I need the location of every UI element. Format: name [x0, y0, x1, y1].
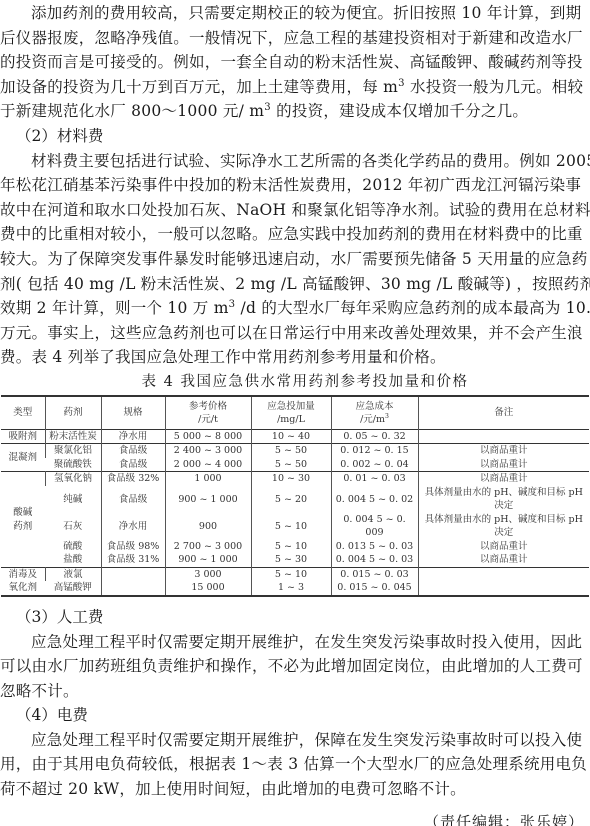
- table-row: 盐酸 食品级 31% 900 ~ 1 000 5 ~ 30 0. 004 5 ~…: [1, 553, 589, 567]
- table-header-row: 类型 药剂 规格 参考价格/元/t 应急投加量/mg/L 应急成本/元/m3 备…: [1, 396, 589, 430]
- cell-price: 3 000: [165, 567, 251, 581]
- paragraph-intro: 添加药剂的费用较高，只需要定期校正的较为便宜。折旧按照 10 年计算，到期: [0, 1, 590, 26]
- table-row: 消毒及氧化剂 液氯 3 000 5 ~ 10 0. 015 ~ 0. 03: [1, 567, 589, 581]
- cell-agent: 硫酸: [45, 540, 101, 554]
- cell-type: 酸碱药剂: [1, 472, 45, 568]
- paragraph-intro-cont: 后仪器报废，忽略净残值。一般情况下，应急工程的基建投资相对于新建和改造水厂 的投…: [0, 26, 590, 124]
- paragraph-materials: 材料费主要包括进行试验、实际净水工艺所需的各类化学药品的费用。例如 2005: [0, 149, 590, 174]
- cell-dose: 5 ~ 50: [251, 458, 331, 472]
- cell-note: 以商品重计: [418, 458, 589, 472]
- cell-dose: 10 ~ 30: [251, 472, 331, 486]
- cell-cost: 0. 004 5 ~ 0. 03: [331, 553, 418, 567]
- cell-agent: 纯碱: [45, 486, 101, 513]
- table-row: 混凝剂 聚氯化铝 食品级 2 400 ~ 3 000 5 ~ 50 0. 012…: [1, 444, 589, 458]
- cell-cost: 0. 004 5 ~ 0. 009: [331, 513, 418, 540]
- cell-price: 2 400 ~ 3 000: [165, 444, 251, 458]
- cell-cost: 0. 013 5 ~ 0. 03: [331, 540, 418, 554]
- cell-cost: 0. 004 5 ~ 0. 02: [331, 486, 418, 513]
- cell-agent: 液氯: [45, 567, 101, 581]
- cell-price: 900 ~ 1 000: [165, 486, 251, 513]
- cell-spec: 食品级 31%: [101, 553, 165, 567]
- paragraph-electricity: 应急处理工程平时仅需要定期开展维护，保障在发生突发污染事故时可以投入使: [0, 728, 590, 753]
- cell-spec: 净水用: [101, 513, 165, 540]
- cell-price: 1 000: [165, 472, 251, 486]
- header-cost: 应急成本/元/m3: [331, 396, 418, 430]
- paragraph-materials-cont: 年松花江硝基苯污染事件中投加的粉末活性炭费用，2012 年初广西龙江河镉污染事 …: [0, 173, 590, 370]
- header-spec: 规格: [101, 396, 165, 430]
- paragraph-labor: 应急处理工程平时仅需要定期开展维护，在发生突发污染事故时投入使用，因此: [0, 630, 590, 655]
- text-line: 于新建规范化水厂 800～1000 元/ m3 的投资，建设成本仅增加千分之几。: [0, 99, 590, 124]
- text-line: 较大。为了保障突发事件暴发时能够迅速启动，水厂需要预先储备 5 天用量的应急药: [0, 247, 590, 272]
- cell-dose: 5 ~ 20: [251, 486, 331, 513]
- text-line: 后仪器报废，忽略净残值。一般情况下，应急工程的基建投资相对于新建和改造水厂: [0, 26, 590, 51]
- cell-spec: 食品级 32%: [101, 472, 165, 486]
- cell-spec: 食品级 98%: [101, 540, 165, 554]
- text-line: 效期 2 年计算，则一个 10 万 m3 /d 的大型水厂每年采购应急药剂的成本…: [0, 296, 590, 321]
- cell-type: 消毒及氧化剂: [1, 567, 45, 596]
- cell-dose: 10 ~ 40: [251, 429, 331, 444]
- table-row: 纯碱 食品级 900 ~ 1 000 5 ~ 20 0. 004 5 ~ 0. …: [1, 486, 589, 513]
- text-line: 故中在河道和取水口处投加石灰、NaOH 和聚氯化铝等净水剂。试验的费用在总材料: [0, 198, 590, 223]
- superscript: 3: [264, 102, 271, 113]
- header-agent: 药剂: [45, 396, 101, 430]
- cell-cost: 0. 015 ~ 0. 045: [331, 581, 418, 596]
- table-row: 石灰 净水用 900 5 ~ 10 0. 004 5 ~ 0. 009 具体剂量…: [1, 513, 589, 540]
- cell-cost: 0. 05 ~ 0. 32: [331, 429, 418, 444]
- table-row: 酸碱药剂 氢氧化钠 食品级 32% 1 000 10 ~ 30 0. 01 ~ …: [1, 472, 589, 486]
- header-type: 类型: [1, 396, 45, 430]
- document-page: 添加药剂的费用较高，只需要定期校正的较为便宜。折旧按照 10 年计算，到期 后仪…: [0, 0, 590, 826]
- cell-agent: 聚硫酸铁: [45, 458, 101, 472]
- cell-note: [418, 429, 589, 444]
- cell-agent: 高锰酸钾: [45, 581, 101, 596]
- cell-cost: 0. 012 ~ 0. 15: [331, 444, 418, 458]
- cell-type: 吸附剂: [1, 429, 45, 444]
- cell-spec: [101, 581, 165, 596]
- cell-note: 具体剂量由水的 pH、碱度和目标 pH 决定: [418, 486, 589, 513]
- text-line: 费中的比重相对较小，一般可以忽略。应急实践中投加药剂的费用在材料费中的比重: [0, 222, 590, 247]
- cell-note: 以商品重计: [418, 540, 589, 554]
- cell-price: 2 700 ~ 3 000: [165, 540, 251, 554]
- cell-agent: 聚氯化铝: [45, 444, 101, 458]
- text-line: 材料费主要包括进行试验、实际净水工艺所需的各类化学药品的费用。例如 2005: [0, 149, 590, 174]
- text-line: 的投资而言是可接受的。例如，一套全自动的粉末活性炭、高锰酸钾、酸碱药剂等投: [0, 50, 590, 75]
- cell-agent: 粉末活性炭: [45, 429, 101, 444]
- paragraph-labor-cont: 可以由水厂加药班组负责维护和操作，不必为此增加固定岗位，由此增加的人工费可 忽略…: [0, 654, 590, 703]
- header-price: 参考价格/元/t: [165, 396, 251, 430]
- cell-spec: [101, 567, 165, 581]
- header-dose: 应急投加量/mg/L: [251, 396, 331, 430]
- cell-dose: 5 ~ 30: [251, 553, 331, 567]
- text-line: 费。表 4 列举了我国应急处理工作中常用药剂参考用量和价格。: [0, 345, 590, 370]
- table-row: 吸附剂 粉末活性炭 净水用 5 000 ~ 8 000 10 ~ 40 0. 0…: [1, 429, 589, 444]
- text-line: 荷不超过 20 kW，加上使用时间短，由此增加的电费可忽略不计。: [0, 777, 590, 802]
- text-line: 可以由水厂加药班组负责维护和操作，不必为此增加固定岗位，由此增加的人工费可: [0, 654, 590, 679]
- cell-spec: 食品级: [101, 458, 165, 472]
- cell-dose: 5 ~ 50: [251, 444, 331, 458]
- cell-cost: 0. 015 ~ 0. 03: [331, 567, 418, 581]
- text-line: 年松花江硝基苯污染事件中投加的粉末活性炭费用，2012 年初广西龙江河镉污染事: [0, 173, 590, 198]
- table-caption: 表 4 我国应急供水常用药剂参考投加量和价格: [0, 372, 590, 392]
- cell-note: 以商品重计: [418, 553, 589, 567]
- cell-dose: 5 ~ 10: [251, 540, 331, 554]
- cell-note: [418, 581, 589, 596]
- text-line: 应急处理工程平时仅需要定期开展维护，保障在发生突发污染事故时可以投入使: [0, 728, 590, 753]
- cell-note: 以商品重计: [418, 472, 589, 486]
- cell-cost: 0. 002 ~ 0. 04: [331, 458, 418, 472]
- section-heading-labor: （3）人工费: [0, 605, 590, 630]
- cell-spec: 食品级: [101, 444, 165, 458]
- table-4: 类型 药剂 规格 参考价格/元/t 应急投加量/mg/L 应急成本/元/m3 备…: [1, 395, 589, 597]
- cell-price: 900: [165, 513, 251, 540]
- text-line: 添加药剂的费用较高，只需要定期校正的较为便宜。折旧按照 10 年计算，到期: [0, 1, 590, 26]
- cell-cost: 0. 01 ~ 0. 03: [331, 472, 418, 486]
- cell-dose: 1 ~ 3: [251, 581, 331, 596]
- text-line: 万元。事实上，这些应急药剂也可以在日常运行中用来改善处理效果，并不会产生浪: [0, 321, 590, 346]
- cell-price: 2 000 ~ 4 000: [165, 458, 251, 472]
- cell-dose: 5 ~ 10: [251, 567, 331, 581]
- table-row: 高锰酸钾 15 000 1 ~ 3 0. 015 ~ 0. 045: [1, 581, 589, 596]
- cell-agent: 氢氧化钠: [45, 472, 101, 486]
- table-row: 聚硫酸铁 食品级 2 000 ~ 4 000 5 ~ 50 0. 002 ~ 0…: [1, 458, 589, 472]
- cell-note: [418, 567, 589, 581]
- cell-spec: 净水用: [101, 429, 165, 444]
- table-row: 硫酸 食品级 98% 2 700 ~ 3 000 5 ~ 10 0. 013 5…: [1, 540, 589, 554]
- text-line: 加设备的投资为几十万到百万元，加上土建等费用，每 m3 水投资一般为几元。相较: [0, 75, 590, 100]
- section-heading-materials: （2）材料费: [0, 124, 590, 149]
- text-line: 剂( 包括 40 mg /L 粉末活性炭、2 mg /L 高锰酸钾、30 mg …: [0, 272, 590, 297]
- cell-price: 900 ~ 1 000: [165, 553, 251, 567]
- section-heading-electricity: （4）电费: [0, 703, 590, 728]
- cell-type: 混凝剂: [1, 444, 45, 472]
- text-line: 用，由于其用电负荷较低，根据表 1～表 3 估算一个大型水厂的应急处理系统用电负: [0, 752, 590, 777]
- editor-credit: （责任编辑：张乐婷）: [0, 810, 590, 826]
- cell-note: 具体剂量由水的 pH、碱度和目标 pH 决定: [418, 513, 589, 540]
- header-note: 备注: [418, 396, 589, 430]
- cell-spec: 食品级: [101, 486, 165, 513]
- cell-price: 5 000 ~ 8 000: [165, 429, 251, 444]
- paragraph-electricity-cont: 用，由于其用电负荷较低，根据表 1～表 3 估算一个大型水厂的应急处理系统用电负…: [0, 752, 590, 801]
- cell-note: 以商品重计: [418, 444, 589, 458]
- cell-price: 15 000: [165, 581, 251, 596]
- cell-dose: 5 ~ 10: [251, 513, 331, 540]
- text-line: 忽略不计。: [0, 679, 590, 704]
- cell-agent: 盐酸: [45, 553, 101, 567]
- superscript: 3: [398, 78, 405, 89]
- cell-agent: 石灰: [45, 513, 101, 540]
- text-line: 应急处理工程平时仅需要定期开展维护，在发生突发污染事故时投入使用，因此: [0, 630, 590, 655]
